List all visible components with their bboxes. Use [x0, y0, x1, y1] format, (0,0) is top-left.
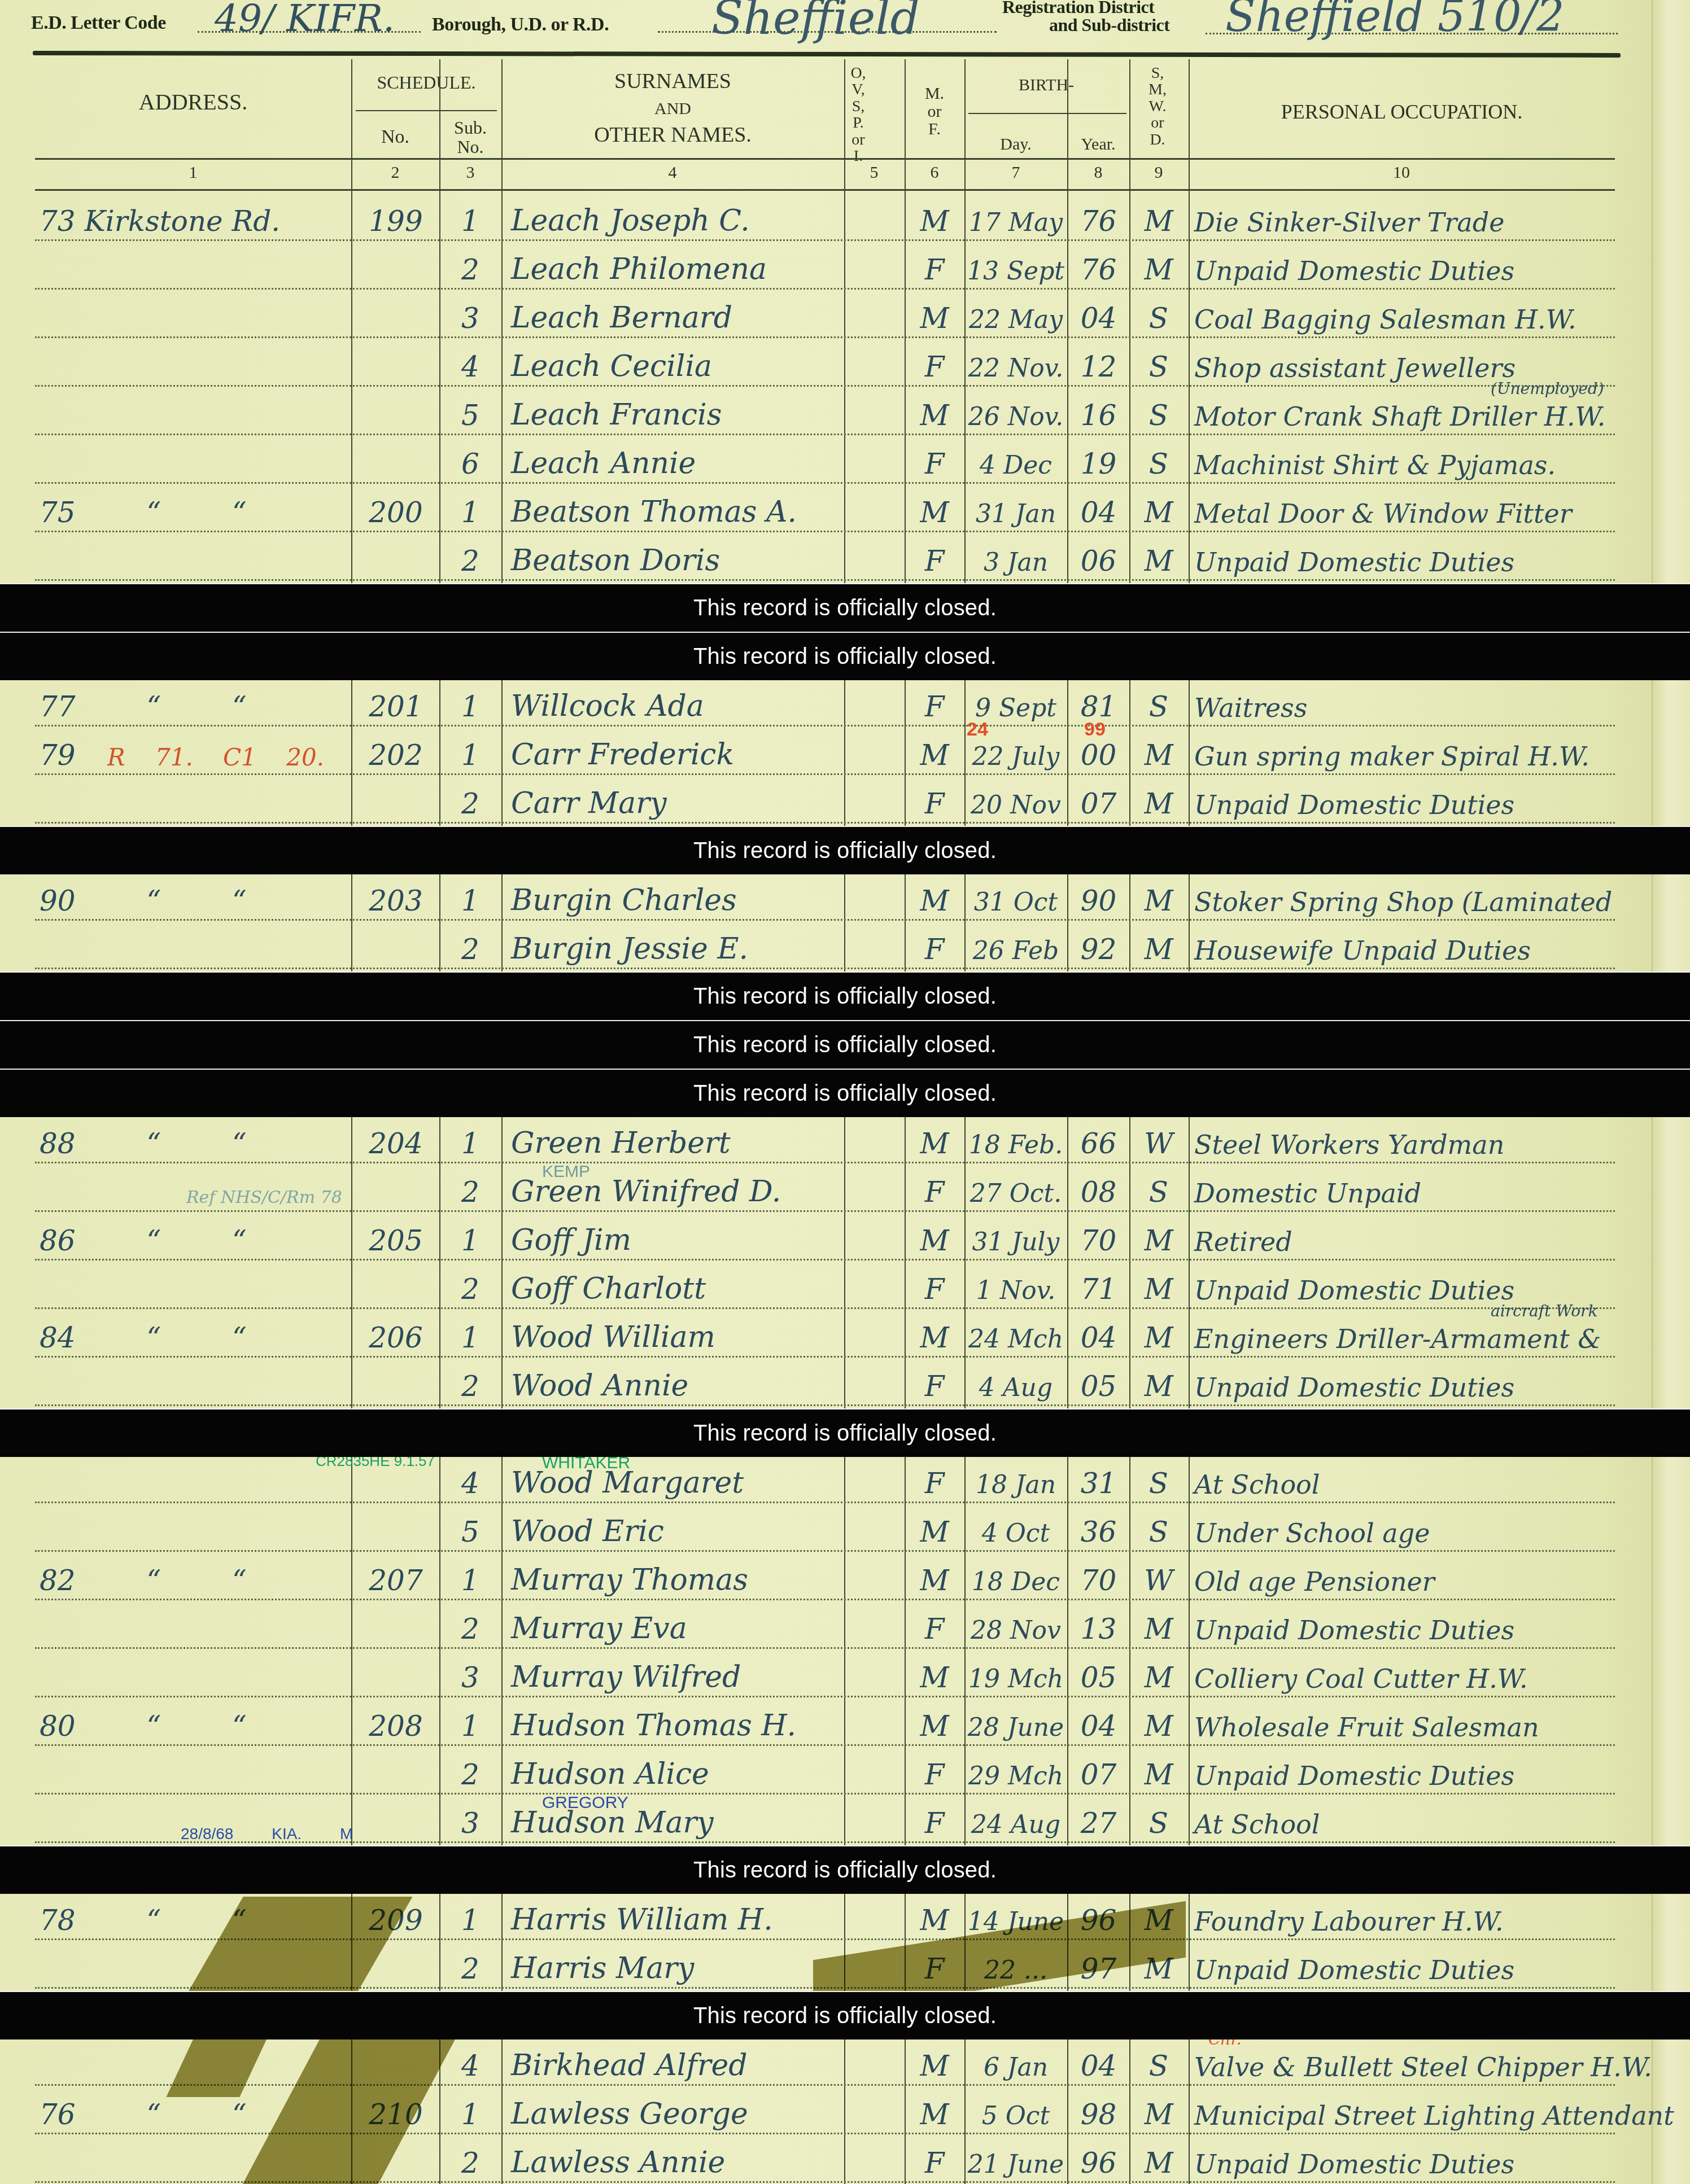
- name-correction: KEMP: [542, 1163, 590, 1180]
- sub-number: 2: [440, 1955, 500, 1983]
- year-correction: 99: [1084, 720, 1106, 739]
- sub-number: 4: [440, 1469, 500, 1498]
- column-number: 8: [1076, 164, 1121, 182]
- address: 84 “ “: [40, 1324, 247, 1352]
- person-name: Harris William H.: [511, 1905, 773, 1934]
- person-name: Lawless Annie: [511, 2148, 725, 2177]
- column-number: 2: [373, 164, 418, 182]
- dotted-rule: [35, 1793, 1615, 1795]
- table-row: 6Leach AnnieF4 Dec19SMachinist Shirt & P…: [0, 437, 1690, 486]
- column-number: 9: [1136, 164, 1181, 182]
- address: 75 “ “: [40, 498, 247, 527]
- birth-day: 20 Nov: [966, 793, 1066, 818]
- occupation: Municipal Street Lighting Attendant: [1194, 2103, 1674, 2129]
- borough-label: Borough, U.D. or R.D.: [432, 14, 609, 36]
- table-row: 2Goff CharlottF1 Nov.71MUnpaid Domestic …: [0, 1263, 1690, 1311]
- occupation: Die Sinker-Silver Trade: [1194, 209, 1504, 235]
- marital-status: M: [1130, 1324, 1187, 1352]
- header-surnames-line2: AND: [501, 100, 844, 118]
- table-row: 3Leach BernardM22 May04SCoal Bagging Sal…: [0, 292, 1690, 340]
- table-row: 2Beatson DorisF3 Jan06MUnpaid Domestic D…: [0, 535, 1690, 583]
- schedule-number: 204: [355, 1130, 437, 1158]
- marital-status: S: [1130, 1518, 1187, 1546]
- closed-record-text: This record is officially closed.: [693, 644, 997, 669]
- occupation: Valve & Bullett Steel Chipper H.W.: [1194, 2054, 1652, 2080]
- occupation: Retired: [1194, 1229, 1292, 1255]
- sex: M: [906, 1712, 963, 1740]
- sex: M: [906, 1324, 963, 1352]
- birth-year: 36: [1069, 1518, 1128, 1546]
- sex: M: [906, 207, 963, 235]
- closed-record-bar: This record is officially closed.: [0, 1408, 1690, 1457]
- marital-status: M: [1130, 887, 1187, 915]
- marital-status: S: [1130, 693, 1187, 721]
- occupation: Unpaid Domestic Duties: [1194, 2151, 1514, 2177]
- table-row: 5Wood EricM4 Oct36SUnder School age: [0, 1505, 1690, 1554]
- sex: M: [906, 1130, 963, 1158]
- table-row: 90 “ “2031Burgin CharlesM31 Oct90MStoker…: [0, 874, 1690, 923]
- sub-number: 3: [440, 1664, 500, 1692]
- birth-year: 04: [1069, 1712, 1128, 1740]
- birth-year: 66: [1069, 1130, 1128, 1158]
- occupation: Unpaid Domestic Duties: [1194, 1375, 1514, 1400]
- table-row: 77 “ “2011Willcock AdaF9 Sept81SWaitress: [0, 680, 1690, 729]
- person-name: Leach Joseph C.: [511, 206, 750, 235]
- person-name: Carr Mary: [511, 789, 667, 818]
- sex: F: [906, 935, 963, 964]
- person-name: Wood Eric: [511, 1517, 664, 1546]
- person-name: Willcock Ada: [511, 691, 704, 721]
- dotted-rule: [35, 288, 1615, 290]
- birth-day: 28 June: [966, 1715, 1066, 1740]
- schedule-number: 203: [355, 887, 437, 915]
- table-row: 4Leach CeciliaF22 Nov.12SShop assistant …: [0, 340, 1690, 389]
- person-name: Leach Bernard: [511, 303, 732, 332]
- birth-day: 4 Dec: [966, 453, 1066, 478]
- marital-status: M: [1130, 498, 1187, 527]
- closed-record-bar: This record is officially closed.: [0, 1020, 1690, 1069]
- header-ovspi: O, V, S, P. or I.: [847, 65, 870, 164]
- person-name: Leach Cecilia: [511, 352, 712, 381]
- occupation-annotation: aircraft Work: [1491, 1303, 1597, 1319]
- marital-status: S: [1130, 1809, 1187, 1837]
- birth-day: 22 May: [966, 308, 1066, 332]
- dotted-rule: [35, 1162, 1615, 1163]
- birth-day: 1 Nov.: [966, 1279, 1066, 1303]
- dotted-rule: [35, 1259, 1615, 1260]
- closed-record-bar: This record is officially closed.: [0, 632, 1690, 680]
- sex: F: [906, 1761, 963, 1789]
- person-name: Green Herbert: [511, 1128, 731, 1158]
- birth-day: 6 Jan: [966, 2055, 1066, 2080]
- birth-year: 00: [1069, 741, 1128, 769]
- dotted-rule: [35, 579, 1615, 581]
- person-name: Wood William: [511, 1323, 715, 1352]
- sex: M: [906, 887, 963, 915]
- sub-number: 1: [440, 741, 500, 769]
- marital-status: M: [1130, 1712, 1187, 1740]
- sub-number: 2: [440, 547, 500, 575]
- address: 79: [40, 741, 76, 769]
- table-row: 2Burgin Jessie E.F26 Feb92MHousewife Unp…: [0, 923, 1690, 971]
- birth-day: 3 Jan: [966, 550, 1066, 575]
- occupation: Engineers Driller-Armament &: [1194, 1326, 1601, 1352]
- address-annotation: 28/8/68 KIA. M: [181, 1826, 353, 1842]
- table-row: 2Hudson AliceF29 Mch07MUnpaid Domestic D…: [0, 1748, 1690, 1797]
- sub-number: 1: [440, 2100, 500, 2129]
- sub-number: 1: [440, 887, 500, 915]
- birth-year: 04: [1069, 2052, 1128, 2080]
- header-address: ADDRESS.: [35, 90, 351, 114]
- table-row: 86 “ “2051Goff JimM31 July70MRetired: [0, 1214, 1690, 1263]
- marital-status: M: [1130, 207, 1187, 235]
- sex: F: [906, 1809, 963, 1837]
- birth-day: 9 Sept: [966, 696, 1066, 721]
- occupation: Housewife Unpaid Duties: [1194, 938, 1531, 964]
- sex: M: [906, 2100, 963, 2129]
- marital-status: M: [1130, 1664, 1187, 1692]
- birth-year: 12: [1069, 353, 1128, 381]
- header-schedule: SCHEDULE.: [351, 73, 501, 93]
- table-row: 2Murray EvaF28 Nov13MUnpaid Domestic Dut…: [0, 1603, 1690, 1651]
- table-row: 73 Kirkstone Rd.1991Leach Joseph C.M17 M…: [0, 195, 1690, 243]
- person-name: Harris Mary: [511, 1954, 694, 1983]
- sex: F: [906, 2149, 963, 2177]
- name-correction: GREGORY: [542, 1795, 628, 1811]
- marital-status: M: [1130, 741, 1187, 769]
- ed-letter-code-label: E.D. Letter Code: [31, 12, 166, 34]
- birth-day: 24 Aug: [966, 1813, 1066, 1837]
- person-name: Murray Eva: [511, 1614, 687, 1643]
- sub-number: 6: [440, 450, 500, 478]
- sex: F: [906, 1372, 963, 1400]
- table-row: 2Green Winifred D.F27 Oct.08SDomestic Un…: [0, 1166, 1690, 1214]
- person-name: Hudson Thomas H.: [511, 1711, 796, 1740]
- occupation: Foundry Labourer H.W.: [1194, 1909, 1504, 1934]
- header-occupation: PERSONAL OCCUPATION.: [1189, 102, 1615, 123]
- table-row: 2Carr MaryF20 Nov07MUnpaid Domestic Duti…: [0, 777, 1690, 826]
- person-name: Wood Annie: [511, 1371, 688, 1400]
- sex: F: [906, 1275, 963, 1303]
- birth-year: 13: [1069, 1615, 1128, 1643]
- closed-record-bar: This record is officially closed.: [0, 583, 1690, 632]
- closed-record-bar: This record is officially closed.: [0, 826, 1690, 874]
- sub-number: 2: [440, 2149, 500, 2177]
- dotted-rule: [35, 385, 1615, 387]
- sex: M: [906, 1664, 963, 1692]
- sub-number: 1: [440, 693, 500, 721]
- rule: [35, 158, 1615, 160]
- sex: M: [906, 1566, 963, 1595]
- borough-value: Sheffield: [711, 0, 920, 42]
- occupation: Stoker Spring Shop (Laminated: [1194, 889, 1612, 915]
- marital-status: M: [1130, 1372, 1187, 1400]
- person-name: Burgin Jessie E.: [511, 934, 748, 964]
- marital-status: M: [1130, 1275, 1187, 1303]
- occupation: Metal Door & Window Fitter: [1194, 501, 1572, 527]
- occupation: Machinist Shirt & Pyjamas.: [1194, 452, 1556, 478]
- name-correction: WHITAKER: [542, 1455, 630, 1472]
- birth-year: 76: [1069, 256, 1128, 284]
- birth-year: 04: [1069, 304, 1128, 332]
- birth-year: 31: [1069, 1469, 1128, 1498]
- registration-value: Sheffield 510/2: [1225, 0, 1565, 38]
- birth-day: 18 Dec: [966, 1570, 1066, 1595]
- occupation: Gun spring maker Spiral H.W.: [1194, 743, 1589, 769]
- address: 90 “ “: [40, 887, 247, 915]
- sex: F: [906, 1615, 963, 1643]
- marital-status: M: [1130, 256, 1187, 284]
- dotted-rule: [35, 1744, 1615, 1746]
- birth-day: 19 Mch: [966, 1667, 1066, 1692]
- census-page: E.D. Letter Code 49/ KIFR. Borough, U.D.…: [0, 0, 1690, 2184]
- occupation: Unpaid Domestic Duties: [1194, 792, 1514, 818]
- dotted-rule: [35, 482, 1615, 484]
- dotted-rule: [35, 2084, 1615, 2086]
- dotted-rule: [35, 1696, 1615, 1697]
- sex: F: [906, 353, 963, 381]
- table-row: 2Leach PhilomenaF13 Sept76MUnpaid Domest…: [0, 243, 1690, 292]
- birth-year: 27: [1069, 1809, 1128, 1837]
- day-correction: 24: [967, 720, 988, 739]
- header-birth: BIRTH-: [964, 76, 1128, 94]
- birth-day: 26 Nov.: [966, 405, 1066, 430]
- birth-day: 24 Mch: [966, 1327, 1066, 1352]
- marital-status: W: [1130, 1130, 1187, 1158]
- closed-record-text: This record is officially closed.: [693, 1032, 997, 1058]
- sex: F: [906, 547, 963, 575]
- sex: M: [906, 401, 963, 430]
- person-name: Lawless George: [511, 2099, 748, 2129]
- sub-number: 2: [440, 790, 500, 818]
- occupation: Under School age: [1194, 1520, 1430, 1546]
- marital-status: S: [1130, 353, 1187, 381]
- occupation: Steel Workers Yardman: [1194, 1132, 1504, 1158]
- person-name: Leach Annie: [511, 449, 696, 478]
- birth-day: 22 Nov.: [966, 356, 1066, 381]
- sex: M: [906, 741, 963, 769]
- person-name: Birkhead Alfred: [511, 2051, 748, 2080]
- address: 86 “ “: [40, 1227, 247, 1255]
- sub-number: 4: [440, 2052, 500, 2080]
- address: 77 “ “: [40, 693, 247, 721]
- closed-record-bar: This record is officially closed.: [0, 971, 1690, 1020]
- address: 78 “ “: [40, 1906, 247, 1934]
- table-row: 2Wood AnnieF4 Aug05MUnpaid Domestic Duti…: [0, 1360, 1690, 1408]
- sub-number: 2: [440, 1615, 500, 1643]
- address: 82 “ “: [40, 1566, 247, 1595]
- sex: F: [906, 693, 963, 721]
- table-row: 5Leach FrancisM26 Nov.16SMotor Crank Sha…: [0, 389, 1690, 437]
- column-number: 5: [851, 164, 897, 182]
- column-number: 3: [448, 164, 493, 182]
- marital-status: M: [1130, 935, 1187, 964]
- header-smwd: S, M, W. or D.: [1132, 65, 1183, 148]
- dotted-rule: [35, 1356, 1615, 1358]
- rule: [968, 113, 1126, 114]
- birth-year: 71: [1069, 1275, 1128, 1303]
- header-birth-day: Day.: [964, 135, 1067, 154]
- dotted-rule: [35, 336, 1615, 338]
- address-annotation: R 71. C1 20.: [107, 746, 324, 769]
- sub-number: 1: [440, 1130, 500, 1158]
- closed-record-bar: This record is officially closed.: [0, 1069, 1690, 1117]
- marital-status: S: [1130, 401, 1187, 430]
- birth-year: 04: [1069, 498, 1128, 527]
- birth-year: 90: [1069, 887, 1128, 915]
- address: 76 “ “: [40, 2100, 247, 2129]
- occupation: Unpaid Domestic Duties: [1194, 1957, 1514, 1983]
- person-name: Burgin Charles: [511, 886, 737, 915]
- rule: [35, 189, 1615, 191]
- marital-status: M: [1130, 2100, 1187, 2129]
- dotted-rule: [35, 968, 1615, 969]
- occupation: Waitress: [1194, 695, 1307, 721]
- occupation: Old age Pensioner: [1194, 1569, 1435, 1595]
- table-row: 792021Carr FrederickM22 July00MGun sprin…: [0, 729, 1690, 777]
- marital-status: W: [1130, 1566, 1187, 1595]
- table-row: 76 “ “2101Lawless GeorgeM5 Oct98MMunicip…: [0, 2088, 1690, 2137]
- dotted-rule: [35, 434, 1615, 435]
- closed-record-text: This record is officially closed.: [693, 596, 997, 621]
- dotted-rule: [35, 773, 1615, 775]
- header-surnames-line1: SURNAMES: [501, 71, 844, 93]
- occupation: At School: [1194, 1472, 1320, 1498]
- dotted-rule: [35, 919, 1615, 921]
- dotted-rule: [35, 1647, 1615, 1649]
- closed-record-text: This record is officially closed.: [693, 2003, 997, 2029]
- sub-number: 4: [440, 353, 500, 381]
- closed-record-bar: This record is officially closed.: [0, 1845, 1690, 1894]
- registration-label-line2: and Sub-district: [1049, 15, 1169, 36]
- sub-number: 3: [440, 1809, 500, 1837]
- column-number: 4: [650, 164, 695, 182]
- sub-number: 2: [440, 1178, 500, 1206]
- occupation: At School: [1194, 1811, 1320, 1837]
- sex: F: [906, 790, 963, 818]
- occupation: Motor Crank Shaft Driller H.W.: [1194, 404, 1605, 430]
- person-name: Carr Frederick: [511, 740, 734, 769]
- marital-status: S: [1130, 1178, 1187, 1206]
- person-name: Hudson Alice: [511, 1760, 709, 1789]
- birth-year: 81: [1069, 693, 1128, 721]
- birth-year: 70: [1069, 1227, 1128, 1255]
- birth-year: 08: [1069, 1178, 1128, 1206]
- schedule-number: 205: [355, 1227, 437, 1255]
- birth-day: 31 July: [966, 1230, 1066, 1255]
- birth-day: 26 Feb: [966, 939, 1066, 964]
- sub-number: 1: [440, 1566, 500, 1595]
- rule: [356, 110, 497, 111]
- header-birth-year: Year.: [1067, 135, 1129, 154]
- sub-number: 1: [440, 1906, 500, 1934]
- birth-year: 06: [1069, 547, 1128, 575]
- sex: F: [906, 450, 963, 478]
- marital-status: S: [1130, 450, 1187, 478]
- marital-status: S: [1130, 304, 1187, 332]
- schedule-number: 206: [355, 1324, 437, 1352]
- occupation: Unpaid Domestic Duties: [1194, 258, 1514, 284]
- column-number: 10: [1379, 164, 1424, 182]
- birth-year: 04: [1069, 1324, 1128, 1352]
- birth-year: 76: [1069, 207, 1128, 235]
- header-surnames-line3: OTHER NAMES.: [501, 124, 844, 147]
- address: 80 “ “: [40, 1712, 247, 1740]
- marital-status: S: [1130, 2052, 1187, 2080]
- person-name: Wood Margaret: [511, 1468, 744, 1498]
- table-row: 3Murray WilfredM19 Mch05MColliery Coal C…: [0, 1651, 1690, 1700]
- dotted-rule: [35, 725, 1615, 726]
- birth-year: 19: [1069, 450, 1128, 478]
- sex: M: [906, 1227, 963, 1255]
- schedule-number: 202: [355, 741, 437, 769]
- closed-record-text: This record is officially closed.: [693, 1081, 997, 1106]
- sub-number: 3: [440, 304, 500, 332]
- sex: M: [906, 1906, 963, 1934]
- dotted-rule: [35, 1307, 1615, 1309]
- sub-number: 2: [440, 1372, 500, 1400]
- birth-year: 98: [1069, 2100, 1128, 2129]
- closed-record-text: This record is officially closed.: [693, 1858, 997, 1883]
- address: 73 Kirkstone Rd.: [40, 207, 280, 235]
- address: 88 “ “: [40, 1130, 247, 1158]
- person-name: Goff Jim: [511, 1226, 631, 1255]
- table-row: 4Wood MargaretF18 Jan31SAt SchoolCR2835H…: [0, 1457, 1690, 1505]
- birth-year: 92: [1069, 935, 1128, 964]
- sub-number: 2: [440, 1761, 500, 1789]
- closed-record-text: This record is officially closed.: [693, 1421, 997, 1446]
- birth-day: 31 Jan: [966, 502, 1066, 527]
- ed-letter-code-value: 49/ KIFR.: [215, 0, 395, 37]
- marital-status: M: [1130, 1615, 1187, 1643]
- person-name: Beatson Doris: [511, 546, 720, 575]
- birth-day: 4 Aug: [966, 1376, 1066, 1400]
- birth-day: 18 Feb.: [966, 1133, 1066, 1158]
- sex: M: [906, 2052, 963, 2080]
- column-number: 7: [993, 164, 1038, 182]
- occupation-annotation: (Unemployed): [1491, 381, 1604, 397]
- schedule-number: 200: [355, 498, 437, 527]
- occupation: Wholesale Fruit Salesman: [1194, 1714, 1539, 1740]
- sub-number: 1: [440, 1712, 500, 1740]
- sub-number: 2: [440, 256, 500, 284]
- birth-day: 27 Oct.: [966, 1181, 1066, 1206]
- occupation: Domestic Unpaid: [1194, 1180, 1421, 1206]
- marital-status: M: [1130, 1761, 1187, 1789]
- sex: M: [906, 498, 963, 527]
- birth-day: 18 Jan: [966, 1473, 1066, 1498]
- schedule-number: 207: [355, 1566, 437, 1595]
- dotted-rule: [35, 1550, 1615, 1552]
- sub-number: 1: [440, 1227, 500, 1255]
- sub-number: 1: [440, 1324, 500, 1352]
- birth-year: 16: [1069, 401, 1128, 430]
- marital-status: M: [1130, 2149, 1187, 2177]
- person-name: Leach Francis: [511, 400, 722, 430]
- birth-year: 05: [1069, 1372, 1128, 1400]
- header-schedule-no: No.: [351, 127, 439, 147]
- birth-day: 21 June: [966, 2152, 1066, 2177]
- birth-day: 22 July: [966, 745, 1066, 769]
- occupation: Shop assistant Jewellers: [1194, 355, 1516, 381]
- occupation: Unpaid Domestic Duties: [1194, 1617, 1514, 1643]
- marital-status: M: [1130, 547, 1187, 575]
- marital-status: M: [1130, 790, 1187, 818]
- closed-record-text: This record is officially closed.: [693, 838, 997, 864]
- header-surnames: SURNAMES AND OTHER NAMES.: [501, 71, 844, 147]
- address-annotation: Ref NHS/C/Rm 78: [186, 1189, 342, 1206]
- table-row: 88 “ “2041Green HerbertM18 Feb.66WSteel …: [0, 1117, 1690, 1166]
